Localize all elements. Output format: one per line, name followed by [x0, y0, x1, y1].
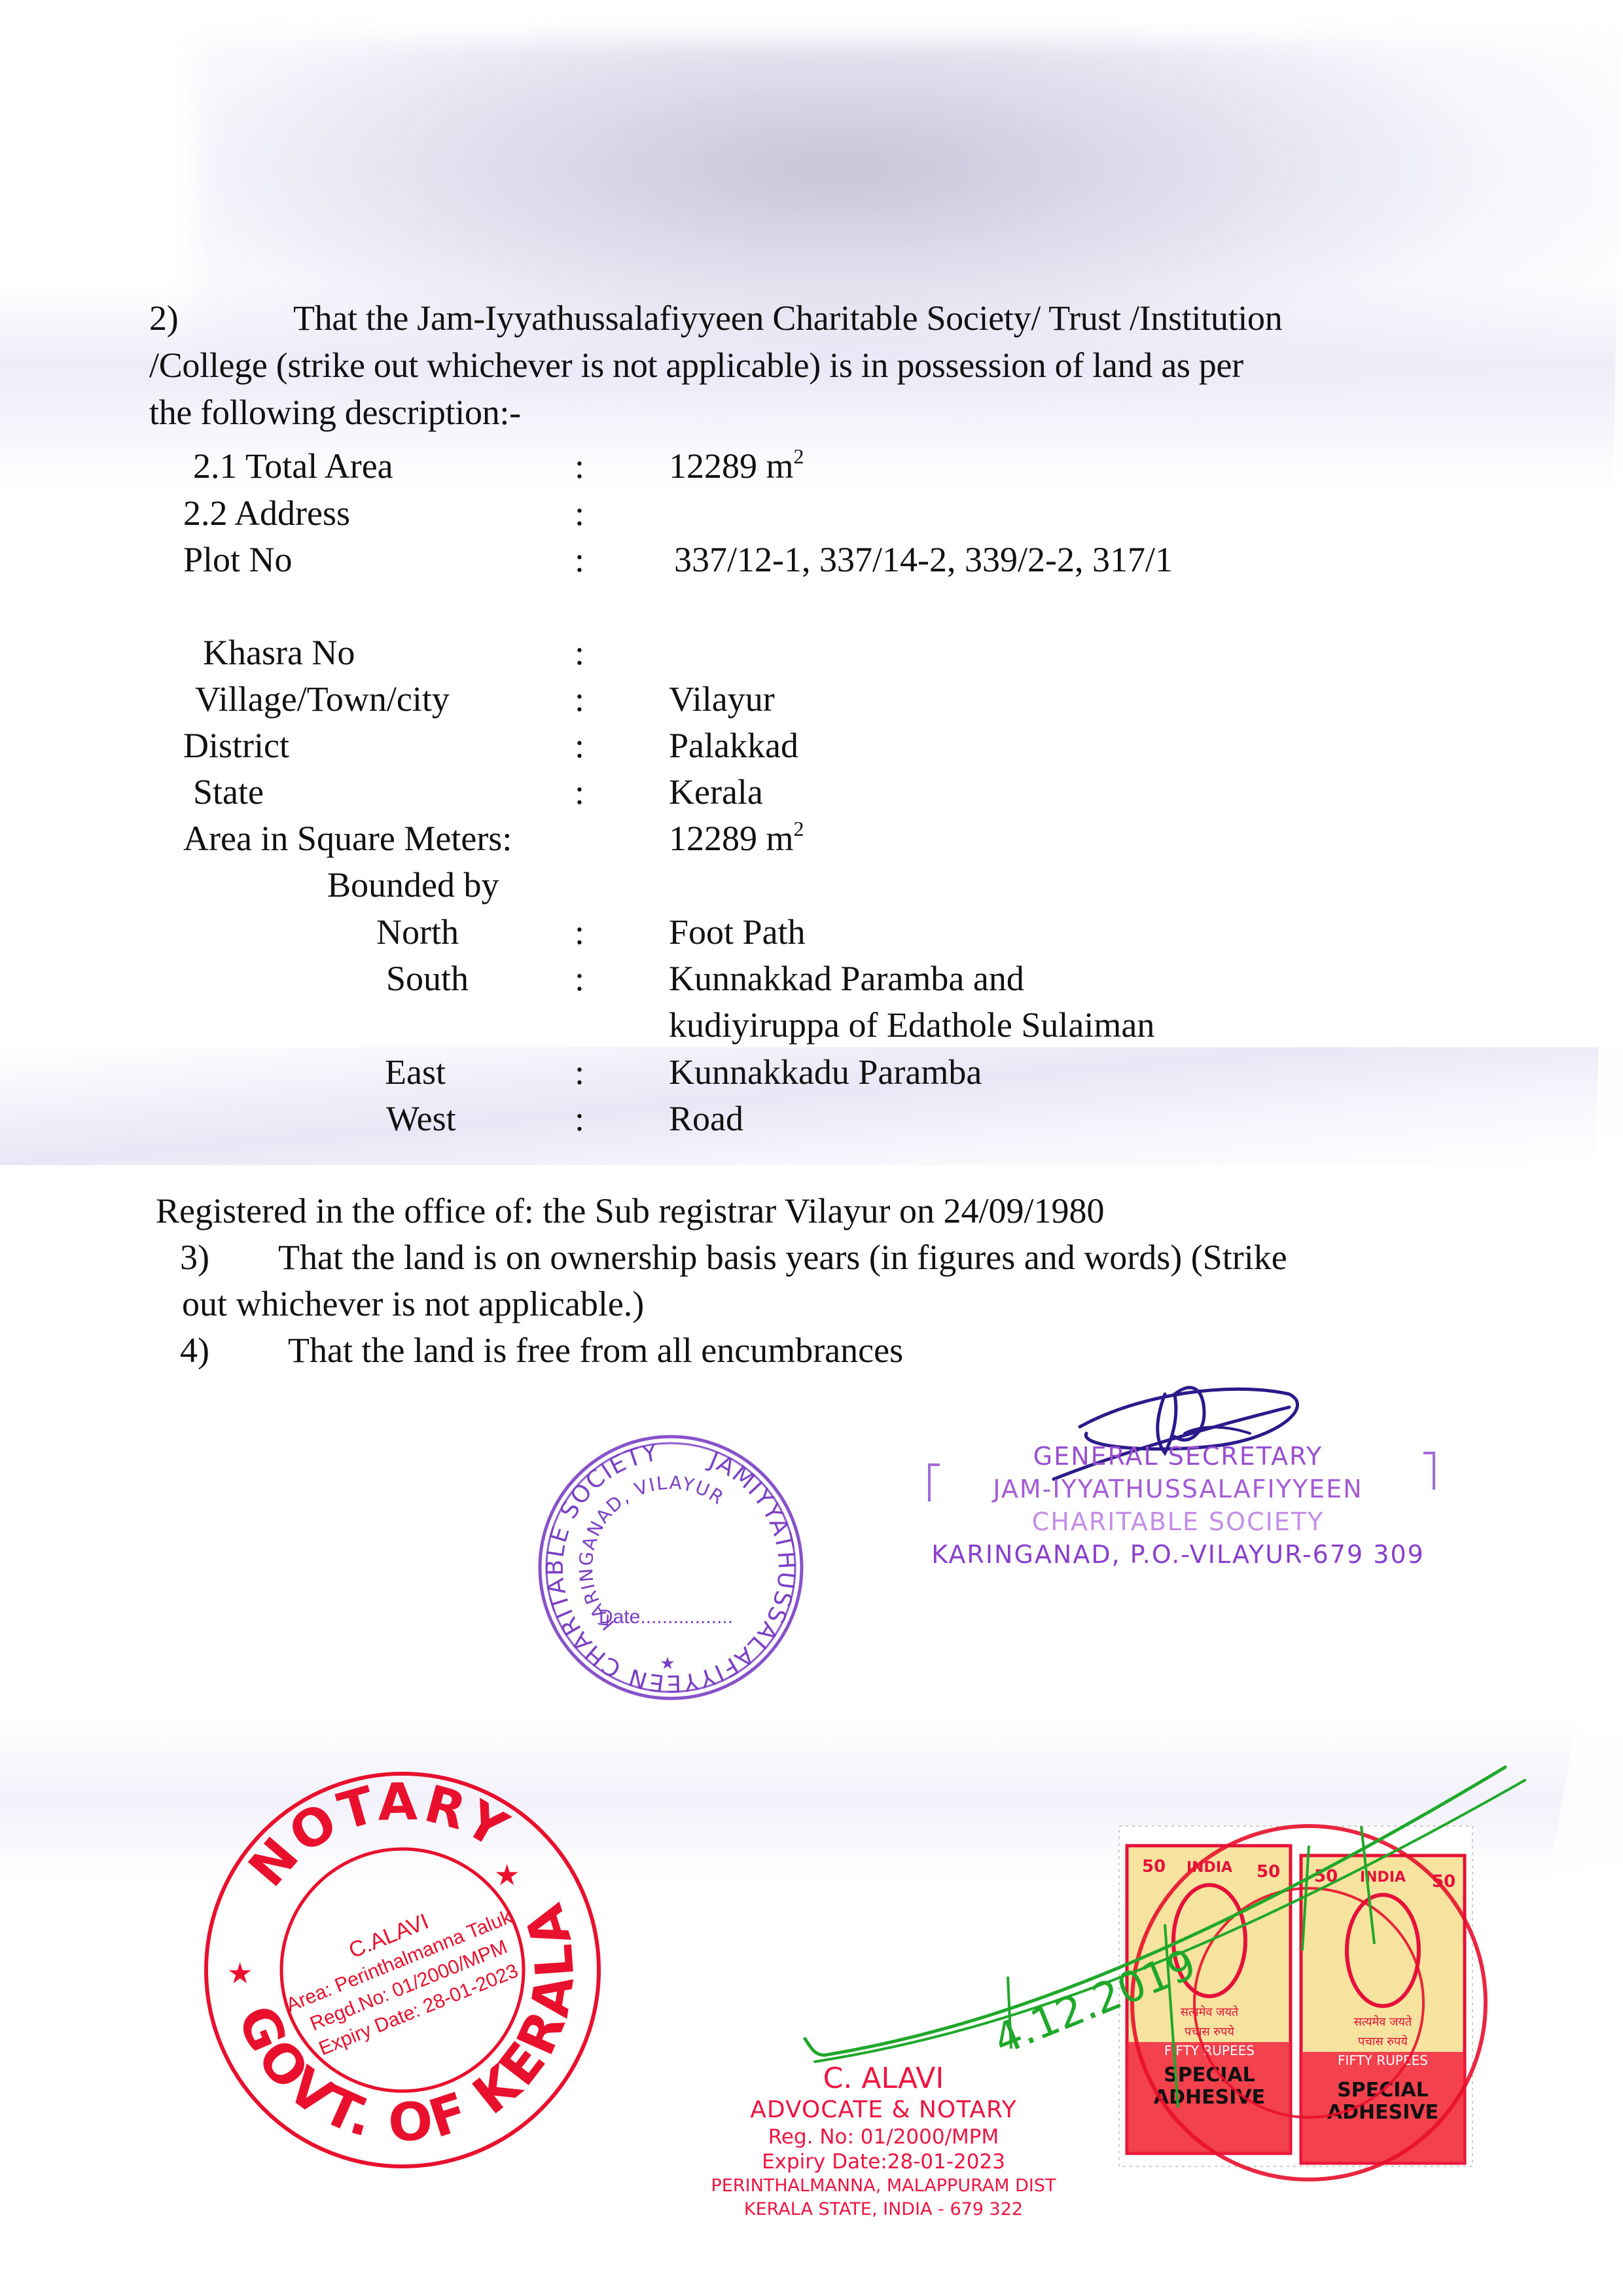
paragraph-2: 2)That the Jam-Iyyathussalafiyyeen Chari…	[149, 295, 1465, 436]
paragraph-2-line-3: the following description:-	[149, 389, 1465, 436]
item-4-number: 4)	[180, 1327, 209, 1373]
notary-expiry: Expiry Date:28-01-2023	[654, 2149, 1113, 2174]
detail-colon: :	[575, 492, 584, 534]
detail-label: State	[193, 771, 264, 813]
detail-value: Kerala	[669, 771, 763, 813]
society-type: CHARITABLE SOCIETY	[923, 1505, 1433, 1538]
detail-label: 2.2 Address	[183, 492, 350, 534]
boundary-value: Kunnakkadu Paramba	[669, 1051, 982, 1093]
detail-value: 12289 m2	[669, 817, 804, 859]
general-secretary-stamp: GENERAL SECRETARY JAM-IYYATHUSSALAFIYYEE…	[923, 1440, 1433, 1571]
society-address: KARINGANAD, P.O.-VILAYUR-679 309	[923, 1538, 1433, 1571]
paragraph-number: 2)	[149, 295, 293, 342]
bounded-by-heading: Bounded by	[327, 864, 499, 906]
seal-date-label: Date.................	[599, 1606, 733, 1628]
boundary-label: North	[376, 911, 459, 953]
boundary-label: East	[385, 1051, 446, 1093]
notary-reg-no: Reg. No: 01/2000/MPM	[654, 2125, 1113, 2149]
boundary-label: West	[386, 1098, 456, 1139]
detail-label: Area in Square Meters:	[183, 817, 512, 859]
secretary-title: GENERAL SECRETARY	[923, 1440, 1433, 1473]
detail-value: Palakkad	[669, 725, 798, 766]
registration-statement: Registered in the office of: the Sub reg…	[156, 1188, 1104, 1234]
item-3-line-1: That the land is on ownership basis year…	[278, 1234, 1287, 1280]
detail-colon: :	[575, 539, 584, 581]
detail-colon: :	[575, 911, 584, 953]
detail-colon: :	[575, 958, 584, 999]
boundary-value: Road	[669, 1098, 743, 1139]
detail-colon: :	[575, 725, 584, 766]
notary-round-seal: NOTARY GOVT. OF KERALA ★ ★ C.ALAVI Area:…	[187, 1754, 618, 2186]
detail-value: 337/12-1, 337/14-2, 339/2-2, 317/1	[674, 539, 1173, 581]
detail-colon: :	[575, 632, 584, 673]
detail-label: Plot No	[183, 539, 293, 581]
detail-value: Vilayur	[669, 678, 775, 720]
item-3-number: 3)	[180, 1234, 209, 1280]
society-name: JAM-IYYATHUSSALAFIYYEEN	[923, 1473, 1433, 1505]
notary-address-line-2: KERALA STATE, INDIA - 679 322	[654, 2198, 1113, 2221]
detail-value: 12289 m2	[669, 445, 804, 487]
item-3-line-2: out whichever is not applicable.)	[182, 1281, 644, 1327]
notary-seal-top-text: NOTARY	[238, 1773, 520, 1898]
detail-colon: :	[575, 771, 584, 813]
star-icon: ★	[660, 1654, 675, 1674]
detail-label: District	[183, 725, 289, 766]
boundary-value: Foot Path	[669, 911, 806, 953]
detail-label: Khasra No	[203, 632, 355, 673]
detail-colon: :	[575, 1098, 584, 1139]
detail-colon: :	[575, 678, 584, 720]
item-4-text: That the land is free from all encumbran…	[288, 1327, 903, 1373]
boundary-value: kudiyiruppa of Edathole Sulaiman	[669, 1004, 1154, 1046]
notary-signature-green: 4.12.2019	[785, 1741, 1571, 2108]
detail-label: Village/Town/city	[195, 678, 450, 720]
paragraph-2-line-1: 2)That the Jam-Iyyathussalafiyyeen Chari…	[149, 295, 1465, 342]
society-round-seal: JAMIYYATHUSSALAFIYYEEN CHARITABLE SOCIET…	[537, 1433, 805, 1702]
notary-address-line-1: PERINTHALMANNA, MALAPPURAM DIST	[654, 2174, 1113, 2198]
paragraph-2-line-2: /College (strike out whichever is not ap…	[149, 342, 1465, 389]
detail-label: 2.1 Total Area	[193, 445, 393, 487]
detail-colon: :	[575, 445, 584, 487]
detail-colon: :	[575, 1051, 584, 1093]
boundary-label: South	[386, 958, 469, 999]
star-icon: ★	[494, 1859, 520, 1892]
boundary-value: Kunnakkad Paramba and	[669, 958, 1024, 999]
star-icon: ★	[227, 1958, 253, 1990]
